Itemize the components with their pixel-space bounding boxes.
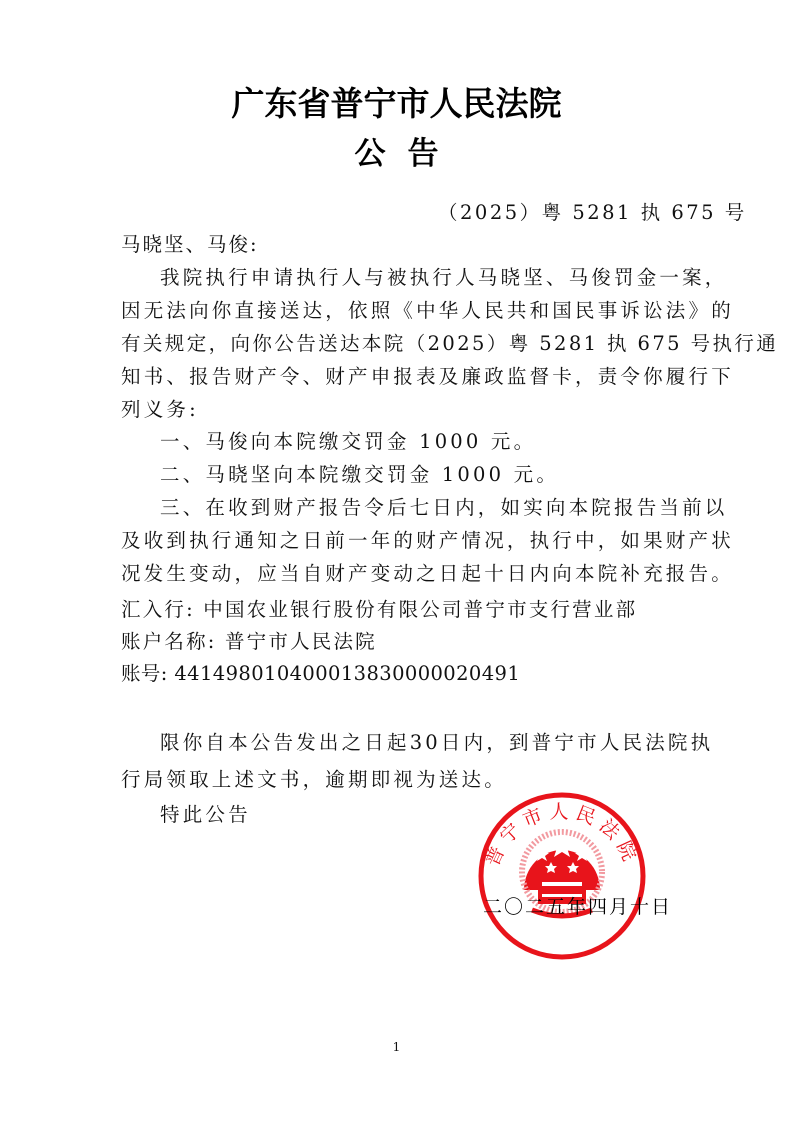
addressee: 马晓坚、马俊:	[121, 235, 259, 255]
body-line: 有关规定，向你公告送达本院（2025）粤 5281 执 675 号执行通	[121, 334, 778, 354]
case-number: （2025）粤 5281 执 675 号	[438, 203, 747, 223]
bank-name: 汇入行: 中国农业银行股份有限公司普宁市支行营业部	[121, 600, 637, 620]
issue-date: 二〇二五年四月十日	[483, 892, 672, 919]
body-line: 因无法向你直接送达，依照《中华人民共和国民事诉讼法》的	[121, 301, 734, 321]
account-name: 账户名称: 普宁市人民法院	[121, 632, 377, 652]
deadline-line: 行局领取上述文书，逾期即视为送达。	[121, 770, 507, 790]
obligation-item: 二、马晓坚向本院缴交罚金 1000 元。	[160, 465, 559, 485]
body-line: 列义务:	[121, 400, 199, 420]
court-seal-stamp: 普宁市人民法院	[476, 790, 648, 962]
obligation-item-continued: 况发生变动，应当自财产变动之日起十日内向本院补充报告。	[121, 564, 734, 584]
account-number: 账号: 441498010400013830000020491	[121, 664, 520, 684]
court-title: 广东省普宁市人民法院	[0, 78, 793, 125]
closing-text: 特此公告	[160, 805, 251, 825]
obligation-item: 一、马俊向本院缴交罚金 1000 元。	[160, 432, 536, 452]
obligation-item-continued: 及收到执行通知之日前一年的财产情况，执行中，如果财产状	[121, 531, 734, 551]
document-type-title: 公告	[0, 128, 793, 173]
obligation-item: 三、在收到财产报告令后七日内，如实向本院报告当前以	[160, 498, 728, 518]
deadline-line: 限你自本公告发出之日起30日内，到普宁市人民法院执	[160, 733, 713, 753]
body-line: 我院执行申请执行人与被执行人马晓坚、马俊罚金一案，	[160, 268, 728, 288]
body-line: 知书、报告财产令、财产申报表及廉政监督卡，责令你履行下	[121, 367, 734, 387]
page-number: 1	[0, 1040, 793, 1054]
